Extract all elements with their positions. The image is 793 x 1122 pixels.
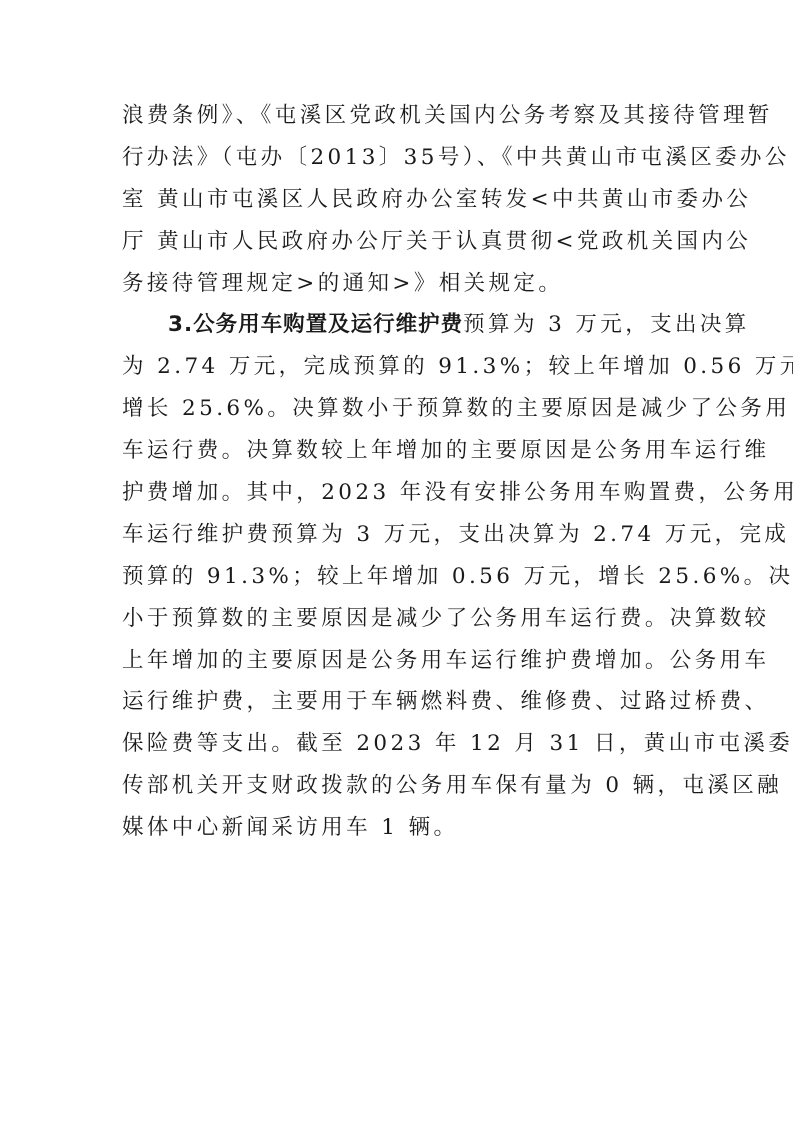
text-line: 为 2.74 万元，完成预算的 91.3%；较上年增加 0.56 万元， <box>122 346 674 388</box>
text-line: 浪费条例》、《屯溪区党政机关国内公务考察及其接待管理暂 <box>122 95 674 137</box>
text-line: 传部机关开支财政拨款的公务用车保有量为 0 辆，屯溪区融 <box>122 765 674 807</box>
text-line: 车运行维护费预算为 3 万元，支出决算为 2.74 万元，完成 <box>122 514 674 556</box>
section-heading: 3.公务用车购置及运行维护费 <box>168 312 463 337</box>
text-line: 媒体中心新闻采访用车 1 辆。 <box>122 807 674 849</box>
document-page: 浪费条例》、《屯溪区党政机关国内公务考察及其接待管理暂 行办法》（屯办〔2013… <box>122 95 674 849</box>
text-line: 务接待管理规定>的通知>》相关规定。 <box>122 263 674 305</box>
paragraph-regulations: 浪费条例》、《屯溪区党政机关国内公务考察及其接待管理暂 行办法》（屯办〔2013… <box>122 95 674 304</box>
text-line: 厅 黄山市人民政府办公厅关于认真贯彻<党政机关国内公 <box>122 221 674 263</box>
text-line-heading: 3.公务用车购置及运行维护费预算为 3 万元，支出决算 <box>122 304 674 346</box>
text-line: 增长 25.6%。决算数小于预算数的主要原因是减少了公务用 <box>122 388 674 430</box>
text-line: 运行维护费，主要用于车辆燃料费、维修费、过路过桥费、 <box>122 681 674 723</box>
text-line: 小于预算数的主要原因是减少了公务用车运行费。决算数较 <box>122 598 674 640</box>
paragraph-vehicle-expenses: 3.公务用车购置及运行维护费预算为 3 万元，支出决算 为 2.74 万元，完成… <box>122 304 674 849</box>
text-line: 保险费等支出。截至 2023 年 12 月 31 日，黄山市屯溪委宣 <box>122 723 674 765</box>
text-line: 室 黄山市屯溪区人民政府办公室转发<中共黄山市委办公 <box>122 179 674 221</box>
heading-continuation: 预算为 3 万元，支出决算 <box>463 312 750 337</box>
text-line: 行办法》（屯办〔2013〕35号）、《中共黄山市屯溪区委办公 <box>122 137 674 179</box>
text-line: 护费增加。其中，2023 年没有安排公务用车购置费，公务用 <box>122 472 674 514</box>
text-line: 上年增加的主要原因是公务用车运行维护费增加。公务用车 <box>122 640 674 682</box>
text-line: 车运行费。决算数较上年增加的主要原因是公务用车运行维 <box>122 430 674 472</box>
text-line: 预算的 91.3%；较上年增加 0.56 万元，增长 25.6%。决算数 <box>122 556 674 598</box>
